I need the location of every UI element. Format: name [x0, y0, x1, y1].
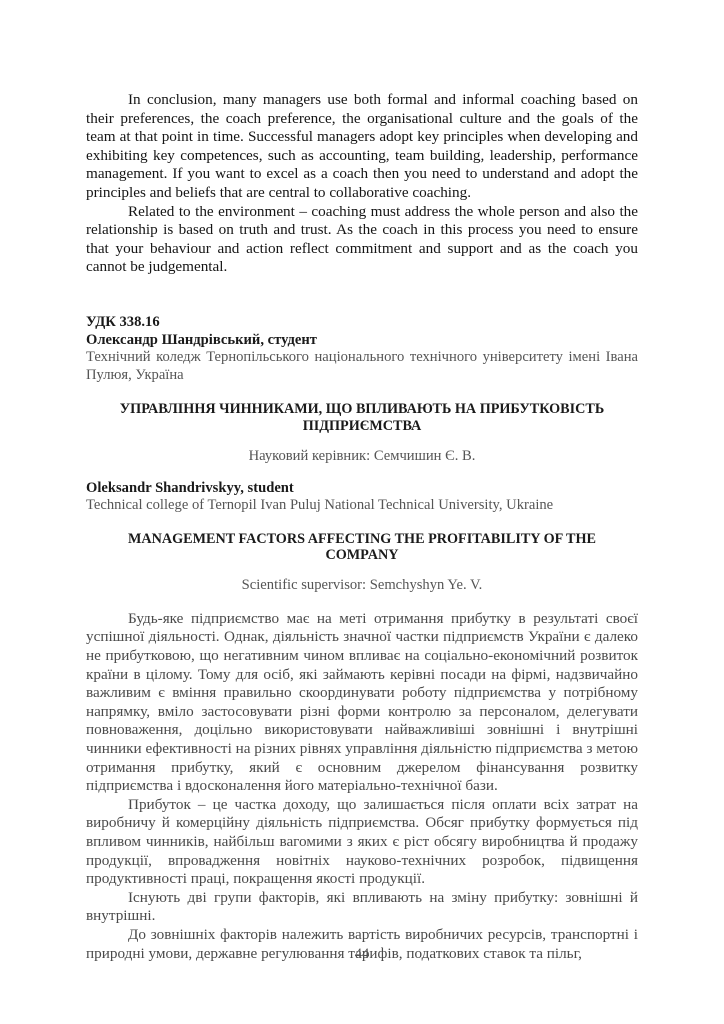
article-header: УДК 338.16 Олександр Шандрівський, студе…	[86, 314, 638, 594]
previous-article-conclusion: In conclusion, many managers use both fo…	[86, 91, 638, 277]
article-title-en: MANAGEMENT FACTORS AFFECTING THE PROFITA…	[86, 531, 638, 564]
supervisor-en: Scientific supervisor: Semchyshyn Ye. V.	[86, 576, 638, 594]
article-title-ua: УПРАВЛІННЯ ЧИННИКАМИ, ЩО ВПЛИВАЮТЬ НА ПР…	[86, 401, 638, 434]
page-number: 44	[0, 946, 724, 963]
article-body: Будь-яке підприємство має на меті отрима…	[86, 610, 638, 963]
author-ua: Олександр Шандрівський, студент	[86, 332, 638, 350]
conclusion-paragraph-1: In conclusion, many managers use both fo…	[86, 91, 638, 203]
body-paragraph-3: Існують дві групи факторів, які впливают…	[86, 889, 638, 926]
affiliation-ua: Технічний коледж Тернопільського націона…	[86, 349, 638, 384]
conclusion-paragraph-2: Related to the environment – coaching mu…	[86, 203, 638, 277]
udk-code: УДК 338.16	[86, 314, 638, 332]
supervisor-ua: Науковий керівник: Семчишин Є. В.	[86, 447, 638, 465]
body-paragraph-2: Прибуток – це частка доходу, що залишаєт…	[86, 796, 638, 889]
page-content: In conclusion, many managers use both fo…	[86, 91, 638, 963]
body-paragraph-1: Будь-яке підприємство має на меті отрима…	[86, 610, 638, 796]
author-en: Oleksandr Shandrivskyy, student	[86, 480, 638, 498]
affiliation-en: Technical college of Ternopil Ivan Puluj…	[86, 497, 638, 515]
